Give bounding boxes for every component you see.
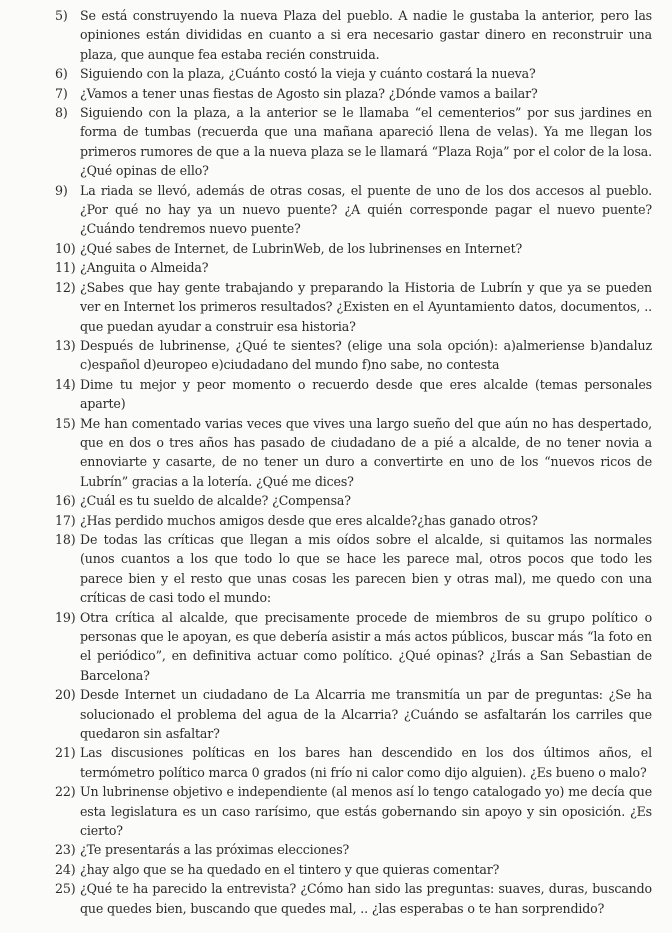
question-item: 24)¿hay algo que se ha quedado en el tin… bbox=[55, 860, 652, 879]
question-item: 19)Otra crítica al alcalde, que precisam… bbox=[55, 608, 652, 686]
question-number: 11) bbox=[55, 258, 80, 277]
question-body: Un lubrinense objetivo e independiente (… bbox=[80, 782, 652, 840]
question-item: 6)Siguiendo con la plaza, ¿Cuánto costó … bbox=[55, 64, 652, 83]
question-text: Dime tu mejor y peor momento o recuerdo … bbox=[80, 375, 652, 414]
question-text: La riada se llevó, además de otras cosas… bbox=[80, 181, 652, 239]
question-text: Me han comentado varias veces que vives … bbox=[80, 414, 652, 492]
question-text: ¿Cuál es tu sueldo de alcalde? ¿Compensa… bbox=[80, 491, 652, 510]
question-text: Un lubrinense objetivo e independiente (… bbox=[80, 782, 652, 840]
question-item: 8)Siguiendo con la plaza, a la anterior … bbox=[55, 103, 652, 181]
question-text: Otra crítica al alcalde, que precisament… bbox=[80, 608, 652, 686]
question-list: 5)Se está construyendo la nueva Plaza de… bbox=[55, 6, 652, 918]
question-number: 21) bbox=[55, 743, 80, 782]
question-text: Las discusiones políticas en los bares h… bbox=[80, 743, 652, 782]
question-item: 10)¿Qué sabes de Internet, de LubrinWeb,… bbox=[55, 239, 652, 258]
question-text: Después de lubrinense, ¿Qué te sientes? … bbox=[80, 336, 652, 375]
question-number: 10) bbox=[55, 239, 80, 258]
question-text: Siguiendo con la plaza, a la anterior se… bbox=[80, 103, 652, 181]
question-number: 8) bbox=[55, 103, 80, 181]
question-item: 13)Después de lubrinense, ¿Qué te siente… bbox=[55, 336, 652, 375]
question-text: Desde Internet un ciudadano de La Alcarr… bbox=[80, 685, 652, 743]
question-text: ¿Qué sabes de Internet, de LubrinWeb, de… bbox=[80, 239, 652, 258]
question-number: 25) bbox=[55, 879, 80, 918]
question-number: 16) bbox=[55, 491, 80, 510]
question-number: 5) bbox=[55, 6, 80, 64]
question-number: 19) bbox=[55, 608, 80, 686]
question-item: 18)De todas las críticas que llegan a mi… bbox=[55, 530, 652, 608]
question-item: 23)¿Te presentarás a las próximas elecci… bbox=[55, 840, 652, 859]
question-number: 7) bbox=[55, 84, 80, 103]
question-item: 22)Un lubrinense objetivo e independient… bbox=[55, 782, 652, 840]
question-number: 15) bbox=[55, 414, 80, 492]
question-text: ¿Sabes que hay gente trabajando y prepar… bbox=[80, 278, 652, 336]
question-item: 11)¿Anguita o Almeida? bbox=[55, 258, 652, 277]
question-item: 25)¿Qué te ha parecido la entrevista? ¿C… bbox=[55, 879, 652, 918]
question-number: 17) bbox=[55, 511, 80, 530]
question-item: 17)¿Has perdido muchos amigos desde que … bbox=[55, 511, 652, 530]
question-text: Siguiendo con la plaza, ¿Cuánto costó la… bbox=[80, 64, 652, 83]
question-item: 20)Desde Internet un ciudadano de La Alc… bbox=[55, 685, 652, 743]
question-text: ¿hay algo que se ha quedado en el tinter… bbox=[80, 860, 652, 879]
question-text: ¿Vamos a tener unas fiestas de Agosto si… bbox=[80, 84, 652, 103]
question-item: 16)¿Cuál es tu sueldo de alcalde? ¿Compe… bbox=[55, 491, 652, 510]
scanned-document-page: 5)Se está construyendo la nueva Plaza de… bbox=[0, 0, 672, 933]
question-number: 18) bbox=[55, 530, 80, 608]
question-number: 6) bbox=[55, 64, 80, 83]
question-text: ¿Te presentarás a las próximas eleccione… bbox=[80, 840, 652, 859]
question-item: 15)Me han comentado varias veces que viv… bbox=[55, 414, 652, 492]
question-item: 7)¿Vamos a tener unas fiestas de Agosto … bbox=[55, 84, 652, 103]
question-number: 24) bbox=[55, 860, 80, 879]
question-item: 21)Las discusiones políticas en los bare… bbox=[55, 743, 652, 782]
question-number: 22) bbox=[55, 782, 80, 840]
question-item: 9)La riada se llevó, además de otras cos… bbox=[55, 181, 652, 239]
question-number: 20) bbox=[55, 685, 80, 743]
question-text: Se está construyendo la nueva Plaza del … bbox=[80, 6, 652, 64]
question-text: ¿Qué te ha parecido la entrevista? ¿Cómo… bbox=[80, 879, 652, 918]
question-number: 14) bbox=[55, 375, 80, 414]
question-number: 12) bbox=[55, 278, 80, 336]
question-text: ¿Anguita o Almeida? bbox=[80, 258, 652, 277]
question-number: 23) bbox=[55, 840, 80, 859]
question-text: ¿Has perdido muchos amigos desde que ere… bbox=[80, 511, 652, 530]
question-item: 12)¿Sabes que hay gente trabajando y pre… bbox=[55, 278, 652, 336]
question-text: De todas las críticas que llegan a mis o… bbox=[80, 530, 652, 608]
question-number: 13) bbox=[55, 336, 80, 375]
question-number: 9) bbox=[55, 181, 80, 239]
question-item: 14)Dime tu mejor y peor momento o recuer… bbox=[55, 375, 652, 414]
question-item: 5)Se está construyendo la nueva Plaza de… bbox=[55, 6, 652, 64]
